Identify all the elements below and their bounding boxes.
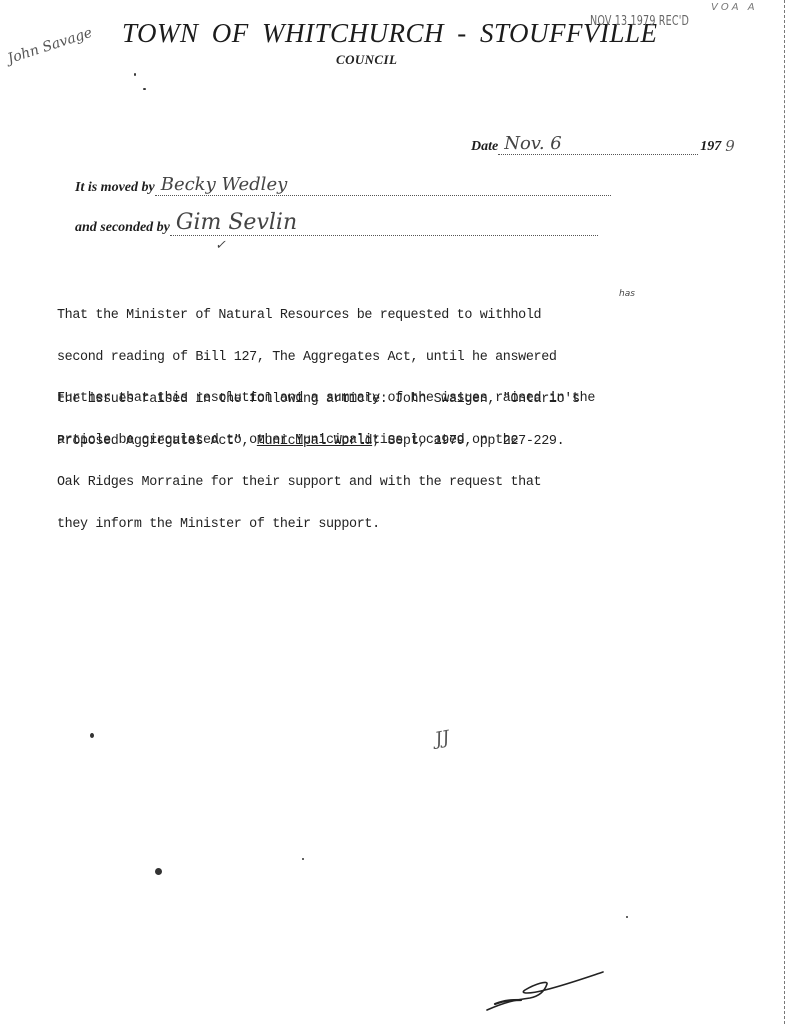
paragraph-line: Further that this resolution and a summa… — [57, 392, 595, 406]
paragraph-line: second reading of Bill 127, The Aggregat… — [57, 351, 580, 365]
paragraph-line: they inform the Minister of their suppor… — [57, 518, 595, 532]
moved-by-field: It is moved by Becky Wedley — [75, 173, 611, 196]
page-edge-border — [784, 0, 785, 1024]
date-value: Nov. 6 — [504, 133, 562, 154]
signature-scribble — [485, 960, 615, 1015]
handwritten-insertion: has — [619, 289, 635, 299]
received-stamp: NOV 13 1979 REC'D — [590, 14, 689, 29]
seconded-by-line: Gim Sevlin — [170, 213, 598, 236]
scan-speck — [90, 733, 94, 738]
margin-handwritten-note: John Savage — [6, 25, 95, 67]
paragraph-line: Oak Ridges Morraine for their support an… — [57, 476, 595, 490]
date-year-prefix: 197 — [700, 139, 721, 155]
seconded-by-field: and seconded by Gim Sevlin — [75, 213, 598, 236]
scan-speck — [143, 88, 146, 90]
scan-speck — [155, 868, 162, 875]
paragraph-line: article be circulated to other Municipal… — [57, 434, 595, 448]
paragraph-line: That the Minister of Natural Resources b… — [57, 309, 580, 323]
check-mark-icon: ✓ — [215, 238, 226, 253]
date-label: Date — [471, 139, 498, 155]
seconded-by-label: and seconded by — [75, 220, 170, 236]
stamp-initials: VOA A — [711, 2, 758, 13]
page-title: TOWN OF WHITCHURCH - STOUFFVILLE — [122, 18, 658, 49]
resolution-paragraph-2: Further that this resolution and a summa… — [57, 364, 595, 560]
scan-speck — [626, 916, 628, 918]
moved-by-signature: Becky Wedley — [161, 174, 288, 195]
moved-by-label: It is moved by — [75, 180, 155, 196]
date-field: Date Nov. 6 197 9 — [471, 132, 735, 155]
page-subtitle: COUNCIL — [336, 52, 397, 68]
scan-speck — [302, 858, 304, 860]
date-line: Nov. 6 — [498, 132, 698, 155]
date-year-digit: 9 — [725, 137, 735, 155]
handwritten-initials: JJ — [433, 727, 451, 750]
seconded-by-signature: Gim Sevlin — [176, 210, 297, 235]
scan-speck — [134, 73, 136, 76]
moved-by-line: Becky Wedley — [155, 173, 611, 196]
